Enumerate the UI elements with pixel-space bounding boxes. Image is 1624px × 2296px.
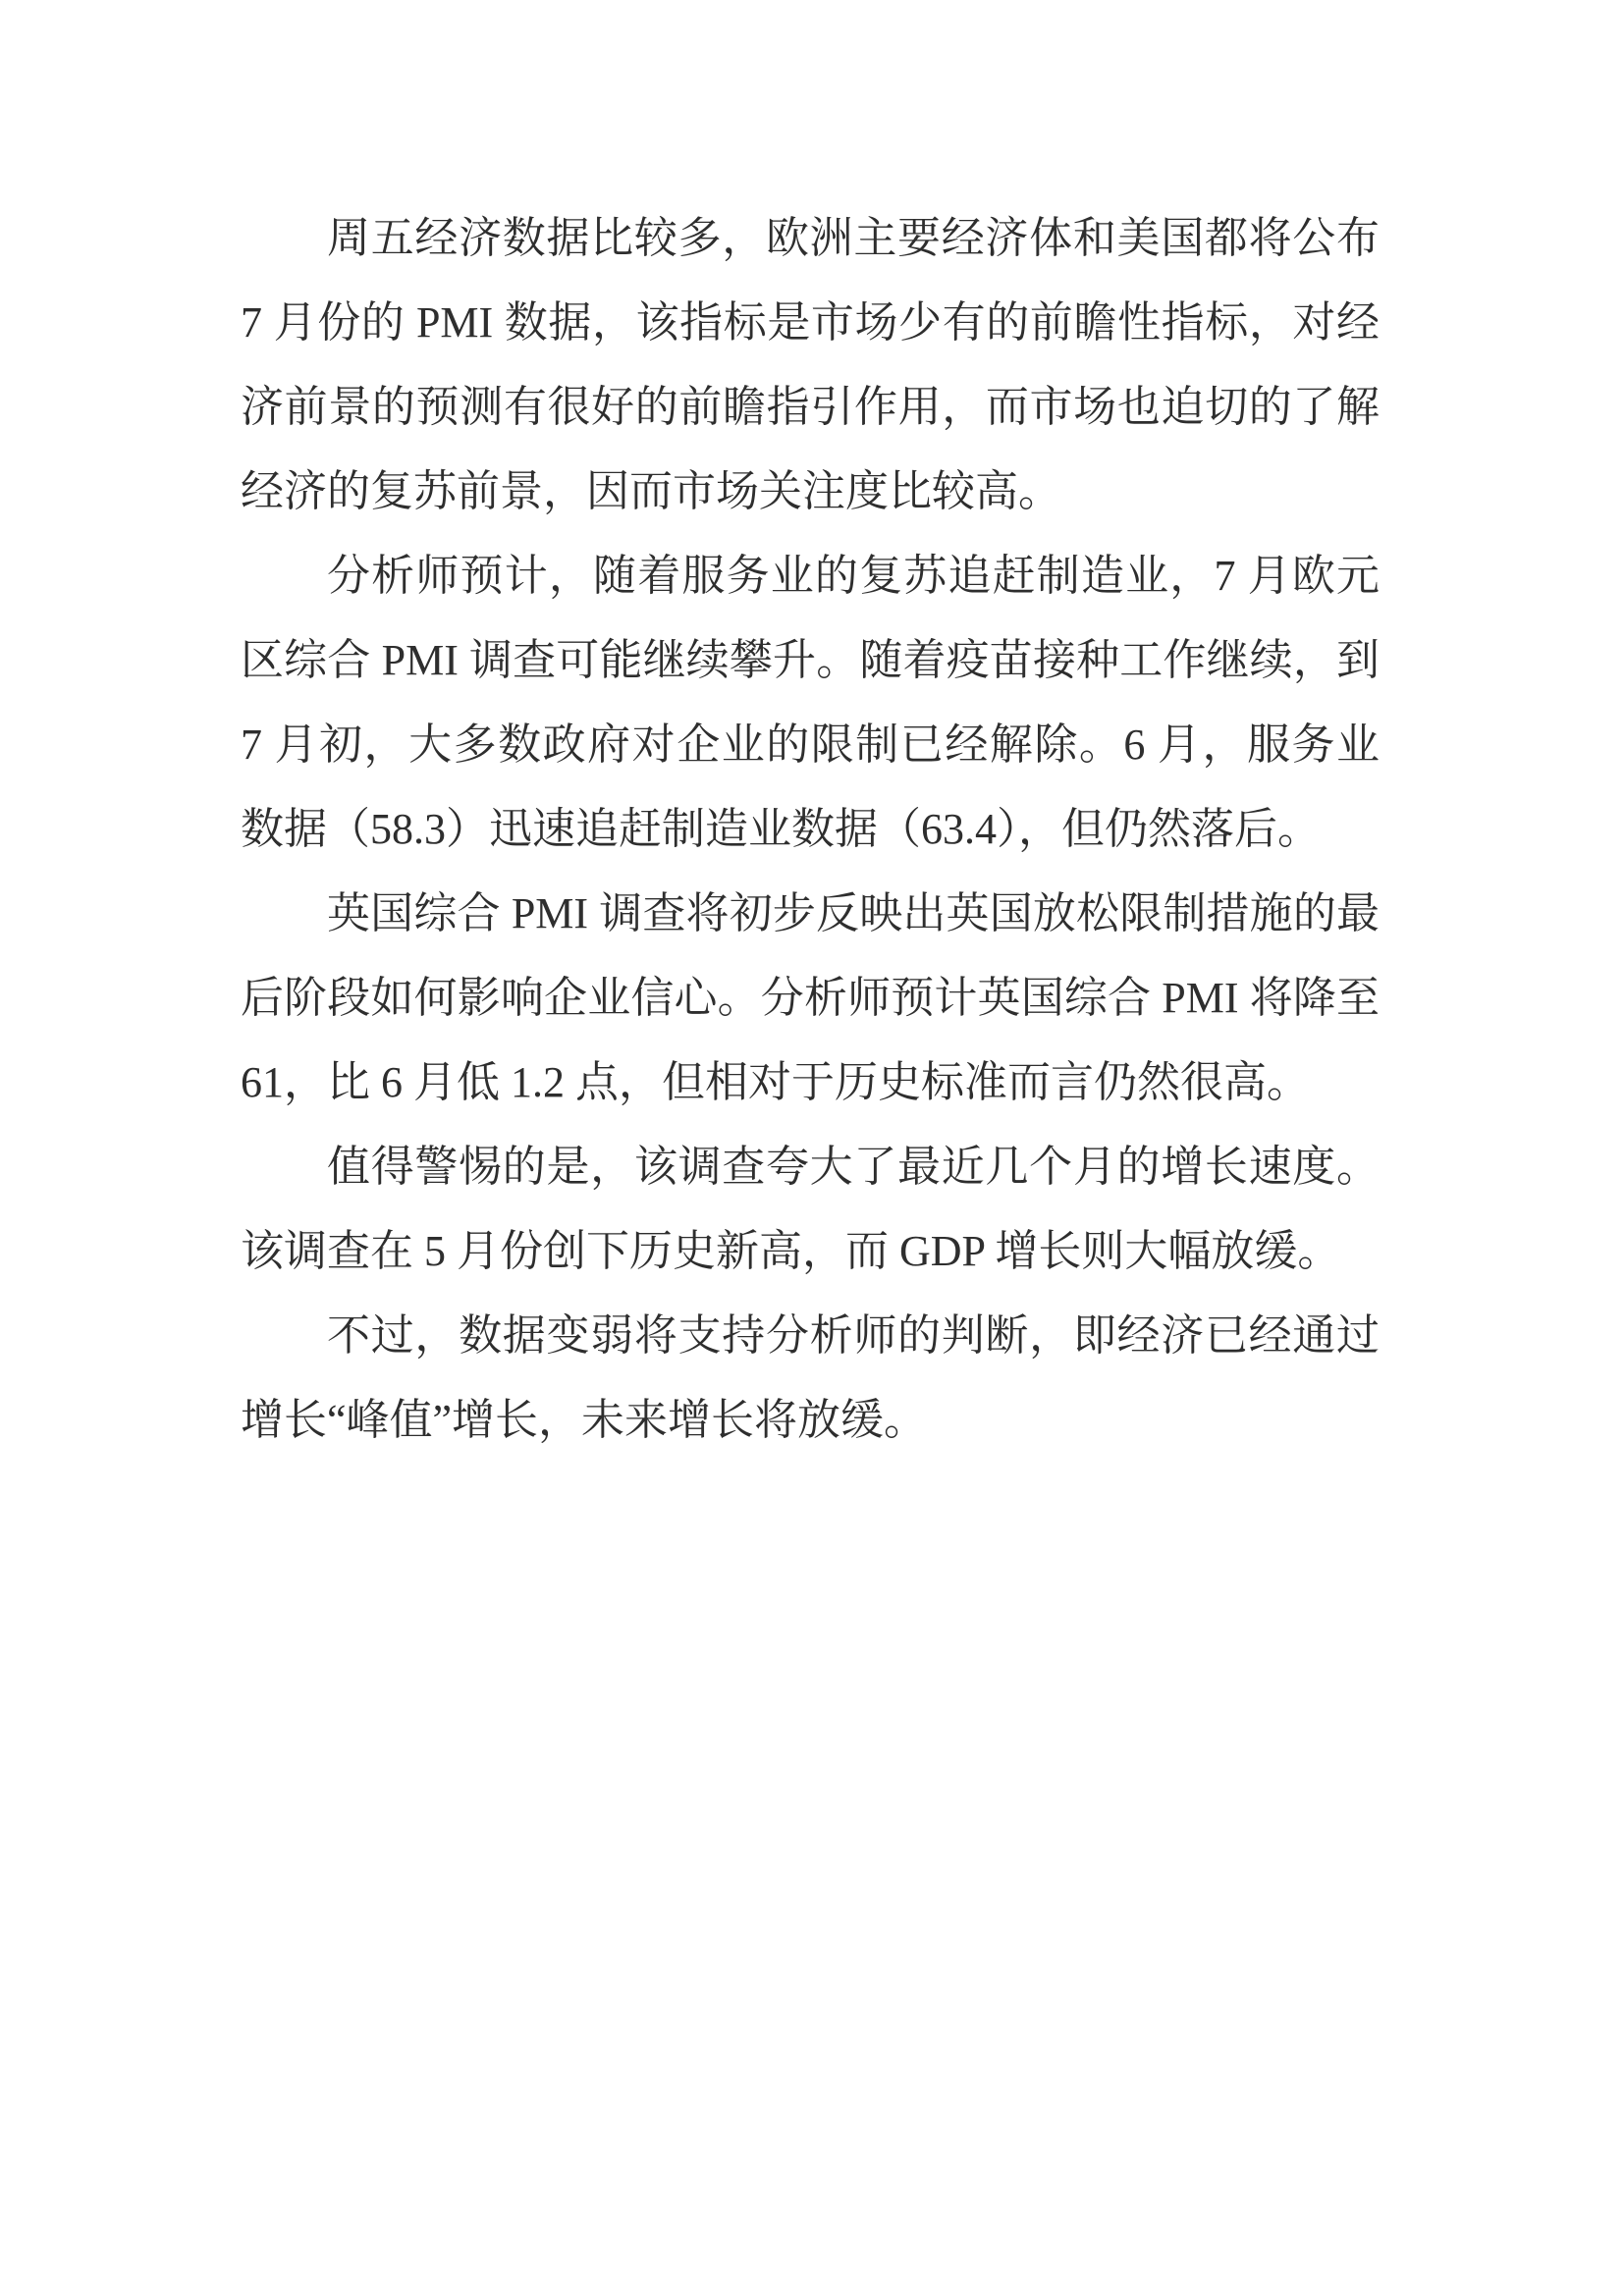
paragraph: 不过，数据变弱将支持分析师的判断，即经济已经通过增长“峰值”增长，未来增长将放缓… <box>241 1294 1380 1463</box>
text-line: 后阶段如何影响企业信心。分析师预计英国综合 PMI 将降至 <box>241 956 1380 1041</box>
text-line: 数据（58.3）迅速追赶制造业数据（63.4），但仍然落后。 <box>241 787 1380 872</box>
text-line: 7 月份的 PMI 数据，该指标是市场少有的前瞻性指标，对经 <box>241 281 1380 365</box>
text-line: 分析师预计，随着服务业的复苏追赶制造业，7 月欧元 <box>241 534 1380 618</box>
paragraph: 英国综合 PMI 调查将初步反映出英国放松限制措施的最后阶段如何影响企业信心。分… <box>241 872 1380 1125</box>
text-line: 值得警惕的是，该调查夸大了最近几个月的增长速度。 <box>241 1125 1380 1209</box>
text-line: 区综合 PMI 调查可能继续攀升。随着疫苗接种工作继续，到 <box>241 618 1380 703</box>
paragraph: 分析师预计，随着服务业的复苏追赶制造业，7 月欧元区综合 PMI 调查可能继续攀… <box>241 534 1380 872</box>
text-line: 周五经济数据比较多，欧洲主要经济体和美国都将公布 <box>241 196 1380 281</box>
text-line: 增长“峰值”增长，未来增长将放缓。 <box>241 1378 1380 1463</box>
text-line: 该调查在 5 月份创下历史新高，而 GDP 增长则大幅放缓。 <box>241 1209 1380 1294</box>
document-page: 周五经济数据比较多，欧洲主要经济体和美国都将公布7 月份的 PMI 数据，该指标… <box>0 0 1624 2296</box>
text-line: 英国综合 PMI 调查将初步反映出英国放松限制措施的最 <box>241 872 1380 956</box>
paragraph: 周五经济数据比较多，欧洲主要经济体和美国都将公布7 月份的 PMI 数据，该指标… <box>241 196 1380 534</box>
text-line: 不过，数据变弱将支持分析师的判断，即经济已经通过 <box>241 1294 1380 1378</box>
text-line: 经济的复苏前景，因而市场关注度比较高。 <box>241 450 1380 534</box>
text-line: 61，比 6 月低 1.2 点，但相对于历史标准而言仍然很高。 <box>241 1041 1380 1125</box>
paragraph: 值得警惕的是，该调查夸大了最近几个月的增长速度。该调查在 5 月份创下历史新高，… <box>241 1125 1380 1294</box>
text-line: 济前景的预测有很好的前瞻指引作用，而市场也迫切的了解 <box>241 365 1380 450</box>
text-block: 周五经济数据比较多，欧洲主要经济体和美国都将公布7 月份的 PMI 数据，该指标… <box>241 196 1380 1463</box>
text-line: 7 月初，大多数政府对企业的限制已经解除。6 月，服务业 <box>241 703 1380 787</box>
